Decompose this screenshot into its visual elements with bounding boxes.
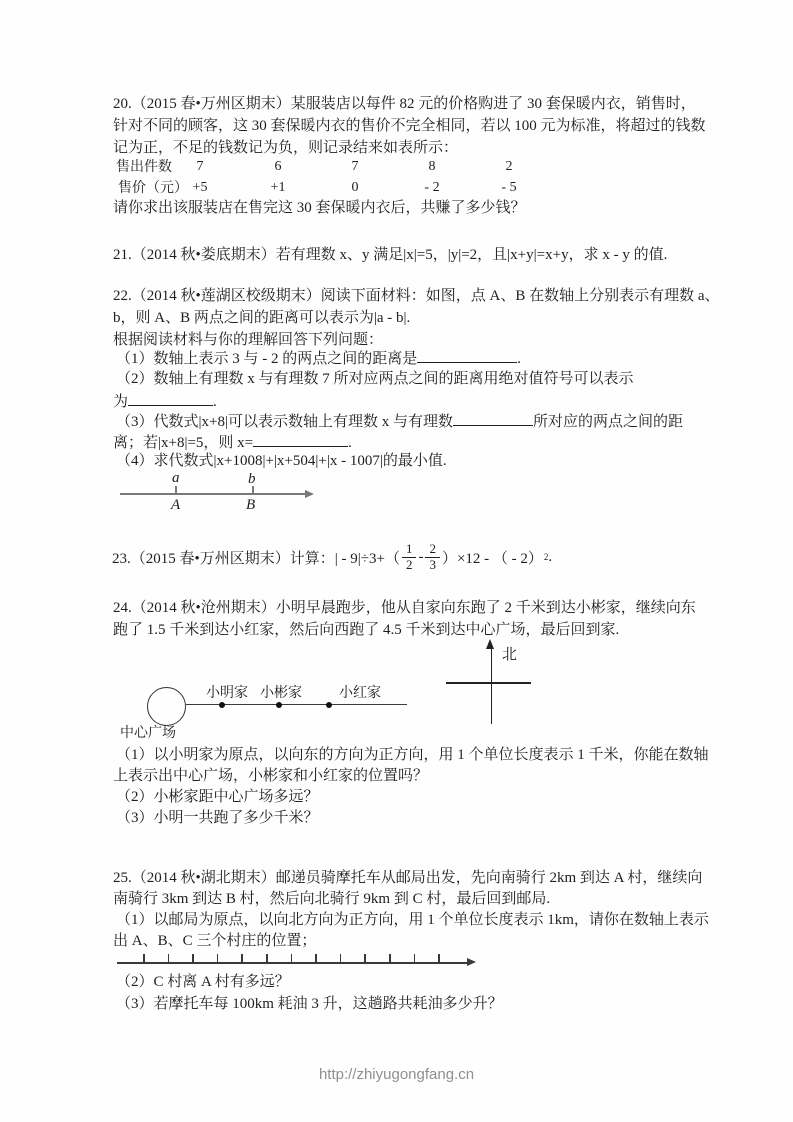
q25-item1-line2: 出 A、B、C 三个村庄的位置； <box>113 932 316 950</box>
tick-mark <box>143 954 145 963</box>
q20-table-cell: 7 <box>197 159 204 175</box>
q22-item2-line2: 为. <box>113 392 217 411</box>
fraction-numerator: 2 <box>425 542 440 558</box>
q20-table-cell: 6 <box>275 159 282 175</box>
q20-line2: 针对不同的顾客，这 30 套保暖内衣的售价不完全相同，若以 100 元为标准，将… <box>113 117 706 135</box>
exam-document-page: 20.（2015 春•万州区期末）某服装店以每件 82 元的价格购进了 30 套… <box>0 0 793 1122</box>
q20-table-cell: +1 <box>271 180 286 196</box>
fraction-denominator: 3 <box>425 558 440 573</box>
q22-number-line <box>120 493 306 495</box>
number-line-base <box>117 962 469 964</box>
north-axis-vertical <box>491 648 493 724</box>
tick-mark <box>438 954 440 963</box>
q22-item3-line2: 离；若|x+8|=5，则 x=. <box>113 433 352 452</box>
q23-text-post: ）×12 - （ - 2） <box>442 547 543 568</box>
q25-item2: （2）C 村离 A 村有多远？ <box>116 973 290 991</box>
q24-item2: （2）小彬家距中心广场多远？ <box>116 788 319 806</box>
q22-item1-period: . <box>517 351 521 367</box>
q20-table-cell: +5 <box>193 180 208 196</box>
tick-mark <box>389 954 391 963</box>
q22-item1: （1）数轴上表示 3 与 - 2 的两点之间的距离是. <box>116 349 521 368</box>
tick-mark <box>241 954 243 963</box>
q22-line1: 22.（2014 秋•莲湖区校级期末）阅读下面材料：如图，点 A、B 在数轴上分… <box>113 287 720 305</box>
answer-blank <box>128 392 213 406</box>
q25-number-line <box>117 950 479 964</box>
tick-mark <box>217 954 219 963</box>
arrowhead-right-icon <box>305 490 314 498</box>
tick-mark <box>291 954 293 963</box>
north-axis-horizontal <box>446 682 531 684</box>
tick-mark <box>315 954 317 963</box>
q21-text: 21.（2014 秋•娄底期末）若有理数 x、y 满足|x|=5，|y|=2，且… <box>113 246 667 264</box>
q20-table-row2-label: 售价（元） <box>118 180 188 198</box>
tick-mark <box>340 954 342 963</box>
q22-item2-period: . <box>213 394 217 410</box>
q20-table-cell: 7 <box>352 159 359 175</box>
q24-item3: （3）小明一共跑了多少千米？ <box>116 809 319 827</box>
answer-blank <box>453 412 533 426</box>
q23-period: . <box>548 549 552 566</box>
q22-item3b-text: 离；若|x+8|=5，则 x= <box>113 435 253 451</box>
label-xiaohong-home: 小红家 <box>339 685 381 703</box>
q22-line2: b，则 A、B 两点之间的距离可以表示为|a - b|. <box>113 309 410 327</box>
answer-blank <box>417 349 517 363</box>
q24-line1: 24.（2014 秋•沧州期末）小明早晨跑步，他从自家向东跑了 2 千米到达小彬… <box>113 599 696 617</box>
q20-table-cell: 2 <box>506 159 513 175</box>
fraction-denominator: 2 <box>402 558 417 573</box>
fraction-two-thirds: 23 <box>425 542 440 573</box>
q20-table-cell: - 2 <box>424 180 439 196</box>
arrowhead-right-icon <box>467 958 476 966</box>
q22-item4: （4）求代数式|x+1008|+|x+504|+|x - 1007|的最小值. <box>116 452 447 470</box>
answer-blank <box>253 433 348 447</box>
tick-mark <box>192 954 194 963</box>
label-xiaoming-home: 小明家 <box>206 685 248 703</box>
fraction-numerator: 1 <box>402 542 417 558</box>
q20-closing: 请你求出该服装店在售完这 30 套保暖内衣后，共赚了多少钱？ <box>113 199 526 217</box>
q24-item1-line1: （1）以小明家为原点，以向东的方向为正方向，用 1 个单位长度表示 1 千米，你… <box>116 746 709 764</box>
q23-text-pre: 23.（2015 春•万州区期末）计算：| - 9|÷3+（ <box>112 547 400 568</box>
q22-item2-text: 为 <box>113 394 128 410</box>
q23-minus: - <box>418 549 423 566</box>
q25-item1-line1: （1）以邮局为原点，以向北方向为正方向，用 1 个单位长度表示 1km，请你在数… <box>116 911 709 929</box>
point-dot-xiaohong-home <box>326 702 332 708</box>
q22-line3: 根据阅读材料与你的理解回答下列问题： <box>113 331 383 349</box>
tick-mark <box>364 954 366 963</box>
q22-item3-line1: （3）代数式|x+8|可以表示数轴上有理数 x 与有理数所对应的两点之间的距 <box>116 412 683 431</box>
q24-item1-line2: 上表示出中心广场，小彬家和小红家的位置吗？ <box>113 767 428 785</box>
q22-item1-text: （1）数轴上表示 3 与 - 2 的两点之间的距离是 <box>116 351 417 367</box>
q25-line1: 25.（2014 秋•湖北期末）邮递员骑摩托车从邮局出发，先向南骑行 2km 到… <box>113 869 702 887</box>
q22-figure-label-a: a <box>172 469 180 487</box>
tick-mark <box>266 954 268 963</box>
label-north: 北 <box>502 646 517 664</box>
q20-table-cell: 8 <box>429 159 436 175</box>
q22-figure-label-B: B <box>246 496 255 514</box>
q22-item3-text-pre: （3）代数式|x+8|可以表示数轴上有理数 x 与有理数 <box>116 414 453 430</box>
q25-line2: 南骑行 3km 到达 B 村，然后向北骑行 9km 到 C 村，最后回到邮局. <box>113 890 550 908</box>
q25-item3: （3）若摩托车每 100km 耗油 3 升，这趟路共耗油多少升？ <box>116 995 503 1013</box>
q20-table-cell: - 5 <box>501 180 516 196</box>
tick-mark <box>414 954 416 963</box>
q24-line2: 跑了 1.5 千米到达小红家，然后向西跑了 4.5 千米到达中心广场，最后回到家… <box>113 621 619 639</box>
label-central-plaza: 中心广场 <box>120 725 176 743</box>
q22-item3-text-mid: 所对应的两点之间的距 <box>533 414 683 430</box>
q20-line3: 记为正，不足的钱数记为负，则记录结来如表所示： <box>113 139 458 157</box>
q20-table-row1-label: 售出件数 <box>116 159 172 177</box>
q20-line1: 20.（2015 春•万州区期末）某服装店以每件 82 元的价格购进了 30 套… <box>113 95 696 113</box>
footer-url: http://zhiyugongfang.cn <box>0 1066 793 1083</box>
q22-item3b-period: . <box>348 435 352 451</box>
fraction-one-half: 12 <box>402 542 417 573</box>
q22-item2-line1: （2）数轴上有理数 x 与有理数 7 所对应两点之间的距离用绝对值符号可以表示 <box>116 370 634 388</box>
plaza-circle <box>147 687 186 726</box>
q23-formula: 23.（2015 春•万州区期末）计算：| - 9|÷3+（ 12 - 23 ）… <box>112 540 552 574</box>
label-xiaobin-home: 小彬家 <box>260 685 302 703</box>
q20-table-cell: 0 <box>352 180 359 196</box>
q22-figure-label-A: A <box>171 496 180 514</box>
tick-mark <box>168 954 170 963</box>
